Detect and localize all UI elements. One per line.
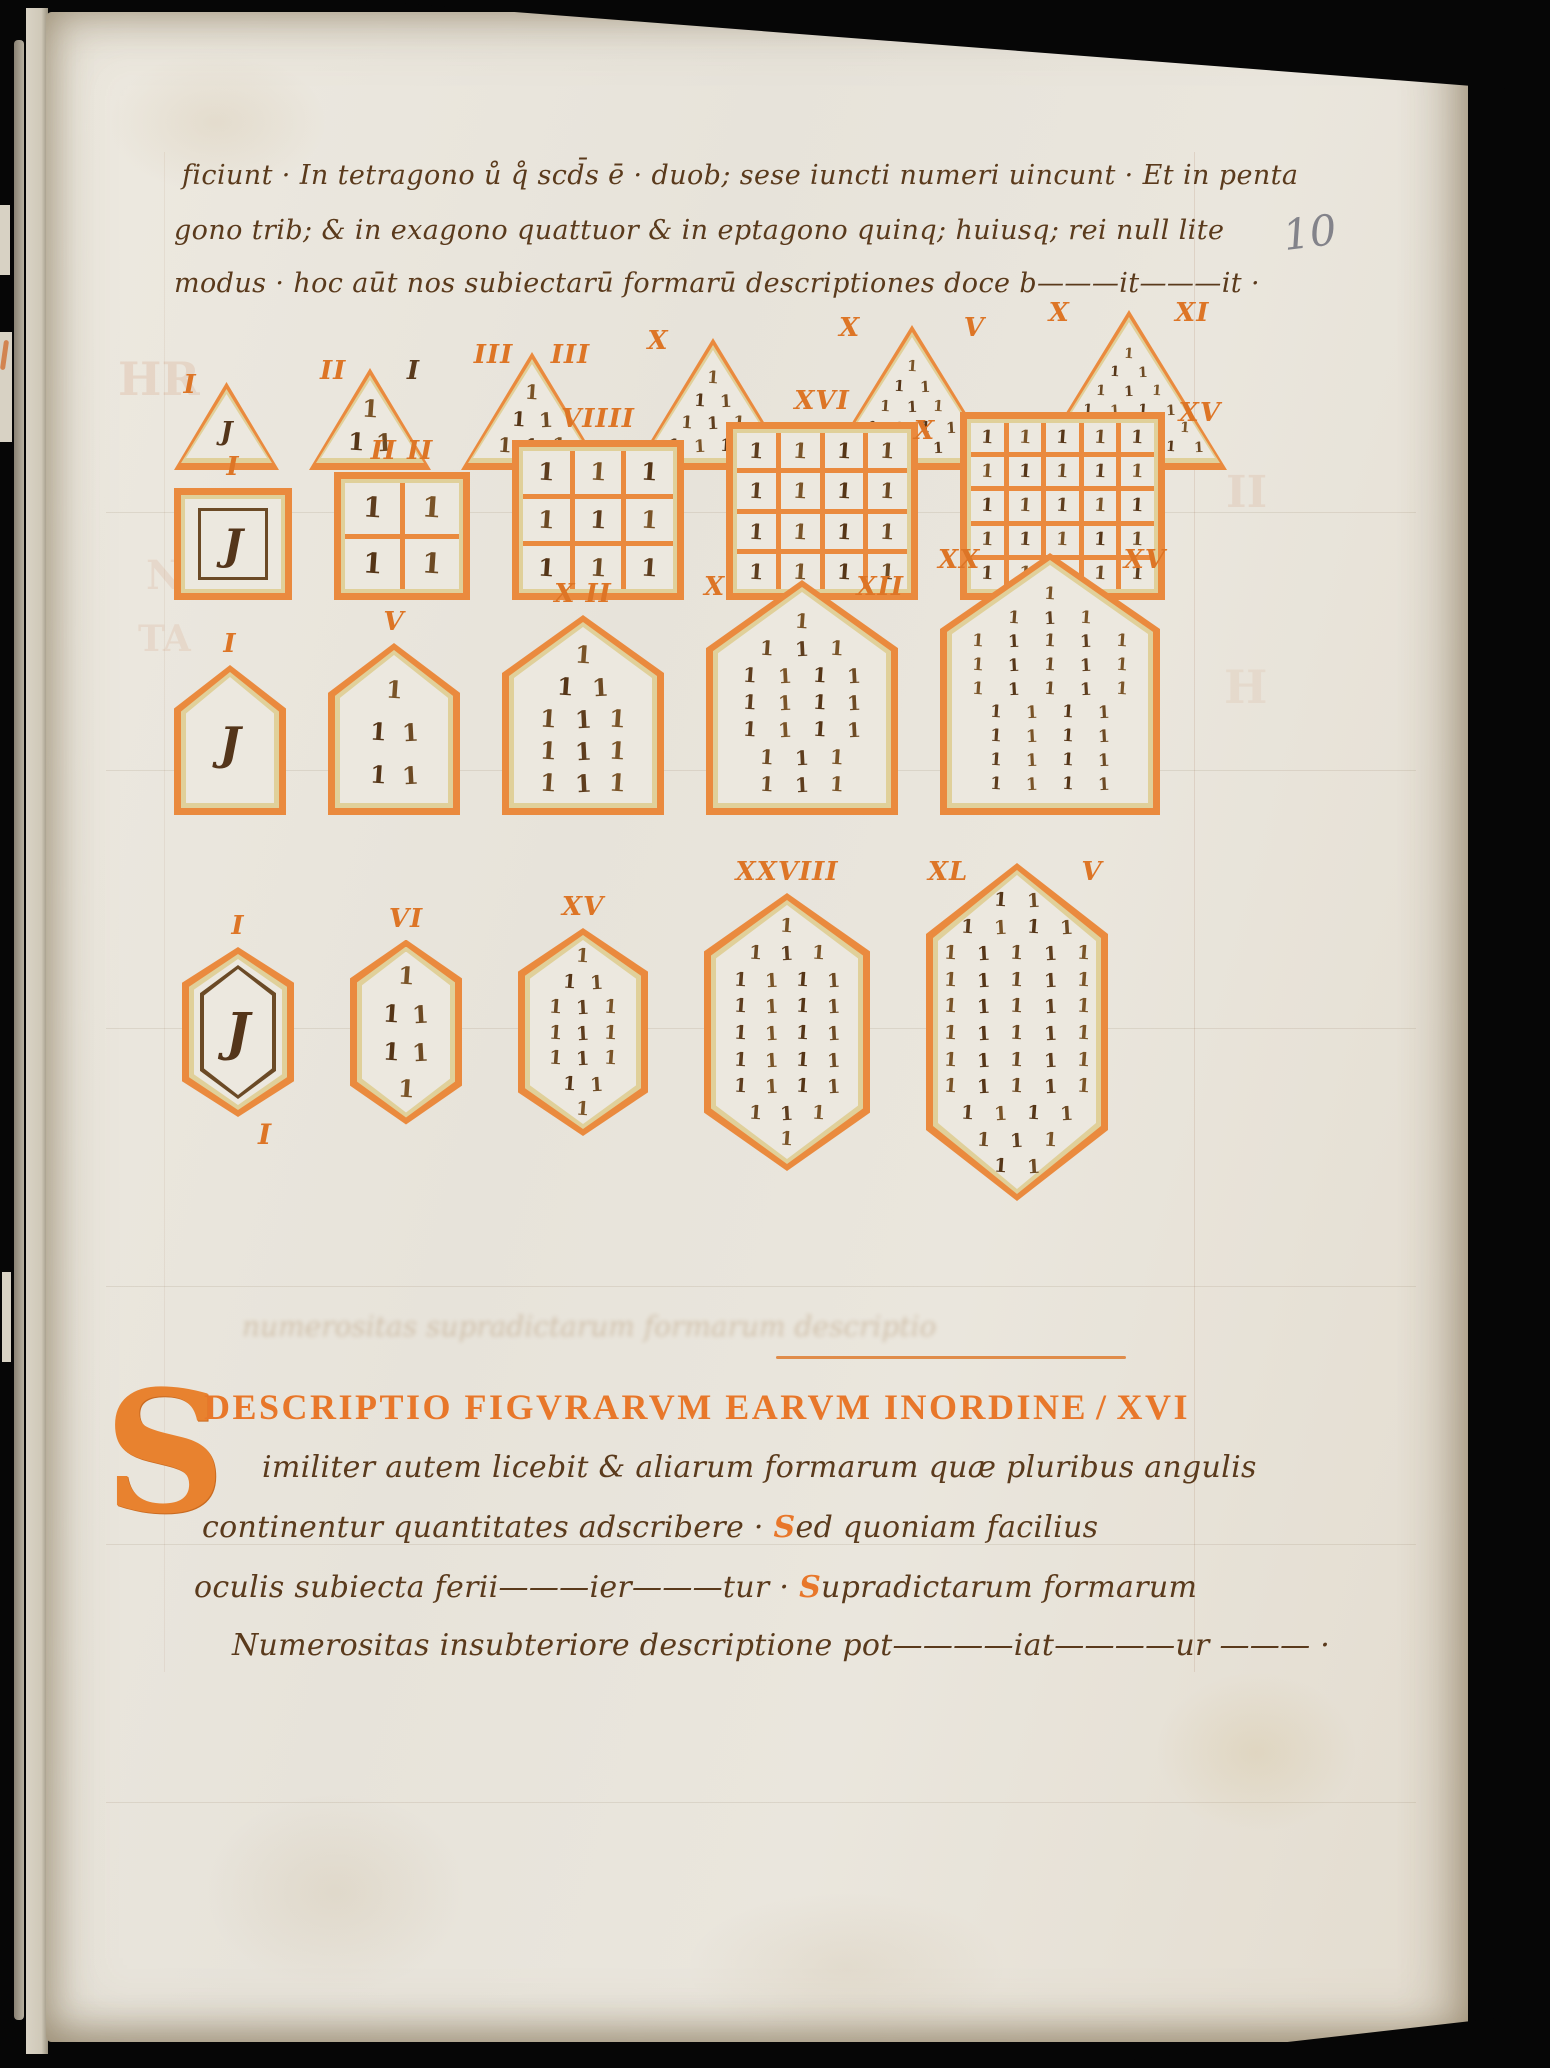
- unit-mark: 1: [795, 1023, 810, 1043]
- book-folio-edge-near: [26, 8, 48, 2054]
- unit-row: 11111: [944, 944, 1090, 963]
- unit-mark: 1: [385, 678, 403, 703]
- unit-mark: 1: [1061, 728, 1074, 746]
- unit-row: 111: [977, 1131, 1057, 1150]
- figure-label: V: [383, 607, 404, 637]
- figure-label: X: [839, 313, 860, 343]
- unit-mark: 1: [777, 666, 792, 687]
- unit-row: 1: [398, 964, 415, 988]
- unit-mark: 1: [764, 1025, 778, 1045]
- unit-mark: 1: [1026, 753, 1039, 771]
- unit-mark: 1: [539, 738, 557, 763]
- unit-mark: 1: [1026, 917, 1041, 937]
- grid-cell: 1: [737, 433, 776, 468]
- figure-label: III: [551, 340, 591, 370]
- unit-mark: 1: [943, 970, 958, 990]
- body-text-segment: upradictarum formarum: [821, 1570, 1197, 1605]
- figure-label: XV: [1124, 545, 1166, 575]
- unit-row: 11111: [972, 633, 1127, 650]
- unit-mark: 1: [1076, 1077, 1091, 1097]
- unit-mark: 1: [795, 747, 810, 768]
- unit-row: 11111: [944, 971, 1090, 990]
- unit-mark: 1: [847, 693, 862, 714]
- unit-mark: 1: [990, 704, 1003, 722]
- unit-row: 1: [386, 678, 403, 702]
- unit-row: 11: [563, 973, 603, 992]
- unit-row: 11111: [944, 1077, 1090, 1096]
- unit-mark: 1: [589, 460, 607, 485]
- unit-mark: 1: [977, 998, 991, 1018]
- pentagonal-numbers-figure-5: XXXV11111111111111111111111111111111111: [940, 553, 1160, 815]
- unit-mark: 1: [1010, 997, 1025, 1017]
- unit-mark: 1: [1056, 428, 1070, 447]
- unit-mark: 1: [764, 998, 778, 1018]
- unit-mark: 1: [1096, 384, 1107, 399]
- hexagonal-numbers-figure-4: XXVIII1111111111111111111111111111: [704, 893, 870, 1171]
- grid-cell: 1: [825, 433, 864, 468]
- unit-mark: 1: [990, 775, 1003, 793]
- unit-mark: 1: [1093, 462, 1107, 481]
- figure-label: XXVIII: [735, 857, 838, 887]
- unit-mark: 1: [1131, 428, 1145, 447]
- unit-mark: 1: [742, 665, 757, 686]
- unit-mark: 1: [827, 1025, 841, 1045]
- unit-mark: 1: [795, 997, 810, 1017]
- unit-mark: 1: [720, 393, 733, 411]
- figure-label: X: [1049, 298, 1070, 328]
- unit-mark: 1: [1097, 753, 1110, 771]
- unit-mark: 1: [795, 970, 810, 990]
- unit-mark: 1: [1027, 1158, 1041, 1178]
- grid-cell: 1: [1009, 423, 1042, 452]
- page-fragment: [0, 205, 10, 275]
- unit-mark: 1: [562, 972, 577, 992]
- parchment-stain: [206, 1792, 466, 1992]
- grid-cell: 1: [1121, 423, 1154, 452]
- unit-mark: 1: [977, 971, 991, 991]
- unit-mark: J: [219, 717, 240, 770]
- hexagon-outline: 111111111111111: [518, 928, 648, 1136]
- unit-mark: 1: [1010, 1050, 1025, 1070]
- unit-mark: 1: [847, 666, 862, 687]
- unit-mark: 1: [812, 719, 827, 740]
- unit-mark: 1: [369, 762, 387, 787]
- figure-label: XII: [857, 572, 905, 602]
- hexagonal-numbers-figure-5: XLV1111111111111111111111111111111111111…: [926, 863, 1108, 1201]
- figure-label: I: [226, 452, 239, 482]
- unit-mark: 1: [794, 610, 809, 631]
- unit-mark: 1: [548, 998, 563, 1018]
- parchment-page: HR N TA II H ficiunt · In tetragono ů q̊…: [46, 12, 1468, 2042]
- unit-mark: 1: [562, 1074, 577, 1094]
- unit-row: 1111: [743, 719, 862, 739]
- body-text-line-3: oculis subiecta ferii———ier———tur · Supr…: [194, 1570, 1197, 1605]
- grid-cell: 1: [1121, 457, 1154, 486]
- unit-row: 11: [994, 891, 1040, 910]
- body-text-line-1: imiliter autem licebit & aliarum formaru…: [262, 1450, 1257, 1485]
- figure-label: X: [704, 572, 725, 602]
- unit-mark: 1: [609, 738, 627, 763]
- unit-mark: 1: [893, 379, 904, 395]
- unit-row: 11: [557, 675, 608, 699]
- unit-mark: 1: [836, 440, 852, 462]
- figure-label: X: [647, 326, 668, 356]
- unit-mark: 1: [880, 480, 896, 502]
- unit-mark: 1: [1131, 462, 1145, 481]
- unit-mark: 1: [1043, 1078, 1057, 1098]
- unit-mark: 1: [1010, 1131, 1024, 1151]
- unit-mark: 1: [401, 721, 419, 746]
- unit-mark: 1: [1043, 1130, 1058, 1150]
- unit-mark: 1: [759, 746, 774, 767]
- unit-mark: 1: [590, 973, 604, 993]
- grid-cell: 1: [1046, 423, 1079, 452]
- folio-number: 10: [1280, 205, 1339, 260]
- grid-cell: 1: [868, 433, 907, 468]
- unit-mark: 1: [590, 1075, 604, 1095]
- unit-row: 111: [549, 1024, 617, 1043]
- hexagon-outline: 1111111111111111111111111111111111111111…: [926, 863, 1108, 1201]
- unit-mark: 1: [733, 1077, 748, 1097]
- figure-label: V: [964, 313, 985, 343]
- unit-mark: 1: [1043, 1025, 1057, 1045]
- latin-text-line-1: ficiunt · In tetragono ů q̊ scd̄s ē · du…: [182, 160, 1298, 191]
- figure-label: I: [407, 356, 420, 386]
- unit-row: 1111: [734, 1051, 841, 1070]
- grid-cell: 1: [971, 423, 1004, 452]
- unit-mark: 1: [1076, 1024, 1091, 1044]
- hexagonal-numbers-figure-2: VI111111: [350, 940, 462, 1125]
- unit-mark: 1: [1056, 462, 1070, 481]
- unit-mark: 1: [1061, 704, 1074, 722]
- unit-marks: 111111111111111: [531, 940, 635, 1125]
- unit-mark: 1: [759, 773, 774, 794]
- unit-mark: 1: [972, 680, 985, 698]
- unit-mark: 1: [1131, 497, 1145, 516]
- unit-mark: 1: [1008, 609, 1021, 627]
- unit-row: 1: [398, 1077, 415, 1101]
- unit-mark: 1: [960, 1104, 975, 1124]
- figure-label: X II: [554, 579, 612, 609]
- unit-mark: 1: [980, 497, 994, 516]
- unit-row: 111: [749, 944, 825, 963]
- unit-mark: 1: [1080, 681, 1093, 699]
- unit-mark: 1: [1093, 428, 1107, 447]
- erased-text-line: numerositas supradictarum formarum descr…: [242, 1310, 936, 1343]
- figure-label: I: [231, 911, 244, 941]
- pentagonal-numbers-figure-2: V11111: [328, 643, 460, 815]
- unit-mark: 1: [1018, 428, 1032, 447]
- unit-mark: 1: [1080, 634, 1093, 652]
- unit-row: 111: [1008, 610, 1092, 627]
- unit-mark: 1: [829, 637, 844, 658]
- latin-text-line-3: modus · hoc aūt nos subiectarū formarū d…: [174, 268, 1260, 299]
- unit-row: 1111: [990, 752, 1109, 769]
- unit-mark: 1: [1043, 998, 1057, 1018]
- rubric-flourish-line: [776, 1356, 1126, 1359]
- unit-mark: 1: [906, 359, 917, 375]
- unit-mark: 1: [880, 440, 896, 462]
- unit-mark: 1: [733, 970, 748, 990]
- hexagon-outline: 1111111111111111111111111111: [704, 893, 870, 1171]
- unit-row: 1: [907, 359, 917, 374]
- unit-mark: 1: [1008, 634, 1021, 652]
- unit-mark: 1: [1060, 918, 1074, 938]
- unit-mark: 1: [829, 773, 844, 794]
- unit-mark: 1: [411, 1040, 429, 1065]
- unit-mark: 1: [369, 720, 387, 745]
- unit-mark: 1: [1115, 680, 1128, 698]
- unit-mark: 1: [609, 706, 627, 731]
- unit-mark: 1: [603, 1049, 618, 1069]
- unit-mark: 1: [1097, 776, 1110, 794]
- unit-mark: 1: [1043, 680, 1056, 698]
- unit-marks: 1111111111111111111111: [725, 604, 879, 801]
- unit-mark: 1: [524, 382, 539, 403]
- hexagonal-numbers-row: IJVI111111XV111111111111111XXVIII1111111…: [182, 857, 1182, 1207]
- crease-line: [106, 1286, 1416, 1287]
- pentagonal-numbers-figure-3: X II111111111111: [502, 615, 664, 815]
- pentagonal-numbers-figure-1: IJ: [174, 665, 286, 815]
- unit-mark: 1: [943, 1024, 958, 1044]
- unit-mark: 1: [1043, 657, 1056, 675]
- hexagonal-numbers-figure-1: IJ: [182, 947, 294, 1117]
- unit-mark: 1: [777, 693, 792, 714]
- unit-mark: 1: [795, 774, 810, 795]
- unit-mark: 1: [1060, 1105, 1074, 1125]
- unit-mark: 1: [943, 1077, 958, 1097]
- unit-mark: 1: [748, 944, 763, 964]
- unit-row: 111: [549, 998, 617, 1017]
- body-text-segment: oculis subiecta ferii———ier———tur ·: [194, 1570, 799, 1605]
- unit-mark: 1: [977, 1078, 991, 1098]
- unit-row: 111: [749, 1104, 825, 1123]
- figure-label: VI: [389, 904, 423, 934]
- rubric-title: DESCRIPTIO FIGVRARVM EARVM INORDINE/XVI: [204, 1386, 1190, 1428]
- unit-row: 111: [549, 1049, 617, 1068]
- unit-mark: 1: [780, 1130, 795, 1150]
- unit-row: 11111: [972, 681, 1127, 698]
- grid-cell: 1: [971, 457, 1004, 486]
- hexagonal-numbers-figure-3: XV111111111111111: [518, 928, 648, 1136]
- grid-cell: 1: [781, 473, 820, 508]
- grid-cell: 1: [1009, 457, 1042, 486]
- unit-mark: 1: [539, 770, 557, 795]
- figure-label: II: [320, 356, 346, 386]
- figure-label: I: [183, 370, 196, 400]
- figure-label: I: [223, 629, 236, 659]
- unit-mark: 1: [827, 971, 841, 991]
- unit-row: 1111: [734, 1024, 841, 1043]
- unit-mark: 1: [1124, 385, 1134, 399]
- unit-mark: 1: [1043, 633, 1056, 651]
- unit-mark: 1: [980, 428, 994, 447]
- unit-mark: 1: [792, 480, 808, 502]
- unit-mark: 1: [920, 380, 931, 396]
- unit-mark: 1: [764, 1051, 778, 1071]
- unit-mark: 1: [576, 1100, 591, 1120]
- unit-mark: 1: [742, 692, 757, 713]
- figure-label: XI: [1175, 298, 1209, 328]
- unit-row: 1111: [734, 997, 841, 1016]
- unit-row: 111: [1096, 384, 1161, 398]
- rubric-text: DESCRIPTIO FIGVRARVM EARVM INORDINE: [204, 1387, 1088, 1427]
- unit-mark: 1: [792, 440, 808, 462]
- unit-row: 11111: [944, 1051, 1090, 1070]
- pentagonal-numbers-figure-4: XXII1111111111111111111111: [706, 580, 898, 815]
- unit-marks: 1111111111111111111111111111: [721, 910, 854, 1157]
- grid-cell: 1: [523, 451, 570, 494]
- unit-mark: 1: [1010, 970, 1025, 990]
- unit-mark: 1: [1061, 775, 1074, 793]
- unit-row: 111: [540, 707, 626, 731]
- unit-mark: 1: [1110, 365, 1121, 380]
- unit-mark: 1: [990, 728, 1003, 746]
- unit-mark: 1: [880, 399, 891, 415]
- unit-row: 11: [894, 379, 931, 394]
- unit-mark: 1: [548, 1023, 563, 1043]
- unit-mark: 1: [576, 1024, 590, 1044]
- unit-mark: 1: [603, 998, 618, 1018]
- unit-mark: 1: [827, 1051, 841, 1071]
- body-text-line-2: continentur quantitates adscribere · Sed…: [202, 1510, 1098, 1545]
- unit-row: 1: [795, 611, 809, 631]
- unit-mark: 1: [1115, 633, 1128, 651]
- pentagon-outline: 1111111111111111111111: [706, 580, 898, 815]
- unit-row: 1111: [990, 704, 1109, 721]
- figure-label: X: [914, 416, 935, 446]
- rubric-numeral: XVI: [1117, 1387, 1191, 1427]
- unit-mark: 1: [976, 1130, 991, 1150]
- unit-mark: 1: [1010, 1024, 1025, 1044]
- unit-mark: 1: [576, 999, 590, 1019]
- unit-mark: 1: [780, 1104, 794, 1124]
- unit-mark: 1: [836, 480, 852, 502]
- unit-mark: 1: [972, 633, 985, 651]
- unit-mark: 1: [1018, 497, 1032, 516]
- unit-mark: 1: [993, 890, 1008, 910]
- unit-mark: 1: [537, 460, 555, 485]
- unit-mark: 1: [1076, 997, 1091, 1017]
- unit-mark: 1: [1056, 497, 1070, 516]
- unit-mark: 1: [1043, 945, 1057, 965]
- unit-mark: 1: [401, 763, 419, 788]
- figure-label: III: [474, 340, 514, 370]
- grid-cell: 1: [626, 451, 673, 494]
- unit-row: 1111: [990, 776, 1109, 793]
- page-fragment: [2, 1272, 11, 1362]
- unit-row: 1111: [961, 1104, 1074, 1123]
- unit-mark: 1: [1076, 1050, 1091, 1070]
- unit-mark: 1: [980, 462, 994, 481]
- grid-cell: 1: [1084, 457, 1117, 486]
- unit-row: 111: [540, 771, 626, 795]
- unit-mark: 1: [548, 1049, 563, 1069]
- unit-mark: 1: [1151, 384, 1162, 399]
- unit-mark: 1: [764, 1078, 778, 1098]
- unit-row: 11: [994, 1157, 1040, 1176]
- unit-mark: 1: [748, 440, 764, 462]
- unit-mark: 1: [1097, 705, 1110, 723]
- unit-mark: 1: [977, 945, 991, 965]
- unit-marks: 11111111111111111111111111111111111: [962, 579, 1138, 799]
- unit-mark: 1: [1093, 497, 1107, 516]
- unit-row: 111: [760, 774, 844, 794]
- unit-row: J: [219, 717, 240, 770]
- unit-mark: 1: [1027, 892, 1041, 912]
- unit-mark: 1: [591, 676, 609, 701]
- unit-row: 1: [780, 1130, 793, 1149]
- figure-label: V: [1081, 857, 1102, 887]
- unit-row: 1: [1124, 347, 1134, 361]
- unit-mark: 1: [1043, 971, 1057, 991]
- unit-mark: 1: [1008, 658, 1021, 676]
- unit-row: 111: [540, 739, 626, 763]
- unit-mark: 1: [812, 692, 827, 713]
- unit-mark: 1: [827, 1078, 841, 1098]
- unit-row: 111: [880, 399, 943, 414]
- unit-row: 11: [383, 1002, 428, 1026]
- page-fragment: [0, 332, 12, 442]
- pentagon-outline: J: [174, 665, 286, 815]
- unit-row: 1: [1044, 586, 1056, 603]
- unit-mark: 1: [733, 1023, 748, 1043]
- unit-mark: 1: [1026, 776, 1039, 794]
- unit-mark: 1: [990, 751, 1003, 769]
- unit-mark: 1: [795, 1077, 810, 1097]
- unit-mark: 1: [993, 1105, 1007, 1125]
- unit-mark: 1: [977, 1025, 991, 1045]
- unit-mark: 1: [694, 392, 707, 410]
- unit-row: J: [226, 1003, 250, 1063]
- unit-mark: 1: [960, 917, 975, 937]
- unit-mark: 1: [382, 1039, 400, 1064]
- rubric-separator: /: [1088, 1387, 1117, 1427]
- unit-row: 11: [1110, 365, 1148, 379]
- unit-mark: 1: [1124, 346, 1135, 361]
- figure-label: XL: [928, 857, 968, 887]
- unit-mark: 1: [640, 460, 658, 485]
- grid-cell: 1: [737, 473, 776, 508]
- unit-mark: 1: [812, 665, 827, 686]
- unit-mark: 1: [795, 638, 810, 659]
- unit-row: 1: [576, 947, 589, 966]
- unit-mark: 1: [1097, 729, 1110, 747]
- unit-mark: 1: [906, 400, 917, 416]
- unit-mark: 1: [1026, 705, 1039, 723]
- figure-label: XX: [938, 545, 980, 575]
- unit-mark: 1: [1138, 366, 1148, 380]
- unit-mark: 1: [556, 674, 574, 699]
- unit-row: 111: [760, 638, 844, 658]
- unit-mark: 1: [574, 708, 592, 733]
- unit-mark: 1: [811, 944, 826, 964]
- unit-row: 1: [525, 382, 539, 402]
- unit-mark: 1: [1076, 970, 1091, 990]
- unit-mark: 1: [733, 997, 748, 1017]
- unit-mark: 1: [764, 971, 778, 991]
- latin-text-line-2: gono trib; & in exagono quattuor & in ep…: [174, 215, 1224, 246]
- unit-mark: 1: [574, 740, 592, 765]
- unit-row: 1111: [734, 971, 841, 990]
- unit-mark: 1: [827, 998, 841, 1018]
- unit-row: 11: [370, 763, 418, 787]
- unit-mark: 1: [829, 746, 844, 767]
- grid-cell: 1: [781, 433, 820, 468]
- unit-mark: 1: [993, 918, 1007, 938]
- unit-mark: J: [226, 1003, 250, 1063]
- unit-mark: 1: [1010, 944, 1025, 964]
